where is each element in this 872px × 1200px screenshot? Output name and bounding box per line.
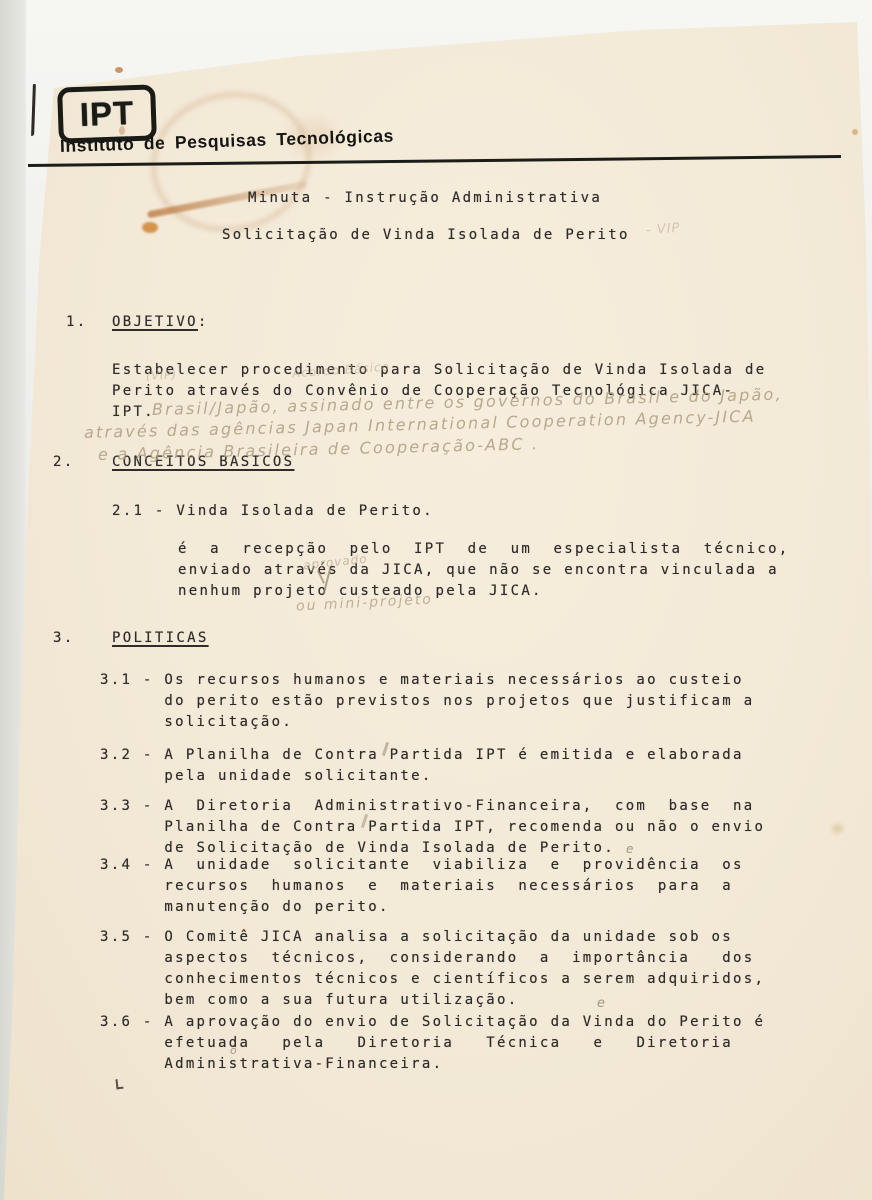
section-1-heading-text: OBJETIVO	[112, 314, 198, 330]
policy-item-3-2: 3.2 - A Planilha de Contra Partida IPT é…	[100, 745, 820, 787]
doc-title-line1: Minuta - Instrução Administrativa	[248, 188, 602, 209]
stray-pen-mark	[31, 84, 36, 136]
policy-item-3-5: 3.5 - O Comitê JICA analisa a solicitaçã…	[100, 927, 820, 1011]
stain-speck	[832, 824, 843, 833]
section-3-heading: POLITICAS	[112, 628, 209, 649]
section-1-heading: OBJETIVO:	[112, 312, 209, 333]
insertion-caret-mark	[318, 568, 340, 596]
caret-line	[317, 570, 325, 583]
policy-item-3-3: 3.3 - A Diretoria Administrativo-Finance…	[100, 796, 820, 859]
section-3-heading-text: POLITICAS	[112, 630, 209, 646]
pencil-e-correction-da: e	[597, 996, 606, 1011]
item-2-1-body: é a recepção pelo IPT de um especialista…	[178, 539, 838, 602]
ipt-logo-text: IPT	[79, 94, 135, 134]
policy-item-3-1: 3.1 - Os recursos humanos e materiais ne…	[100, 670, 820, 733]
policy-item-3-4: 3.4 - A unidade solicitante viabiliza e …	[100, 855, 820, 918]
section-1-heading-colon: :	[198, 314, 209, 330]
item-2-1-title: 2.1 - Vinda Isolada de Perito.	[112, 501, 434, 522]
policy-item-3-6: 3.6 - A aprovação do envio de Solicitaçã…	[100, 1012, 820, 1075]
stain-speck	[115, 67, 123, 73]
section-3-number: 3.	[53, 628, 74, 649]
stray-ink-mark	[115, 1079, 123, 1090]
scanned-document-page: IPT Instituto de Pesquisas Tecnológicas …	[0, 0, 872, 1200]
pencil-title-note: - VIP	[646, 221, 681, 238]
stain-speck	[852, 129, 858, 135]
doc-title-line2: Solicitação de Vinda Isolada de Perito	[222, 225, 630, 246]
pencil-vip-note: (VIP)	[146, 368, 178, 383]
section-1-number: 1.	[66, 312, 87, 333]
pencil-e-correction-providencia: e	[626, 842, 634, 856]
pencil-o-correction-pela: o	[230, 1044, 238, 1057]
section-2-number: 2.	[53, 452, 74, 473]
